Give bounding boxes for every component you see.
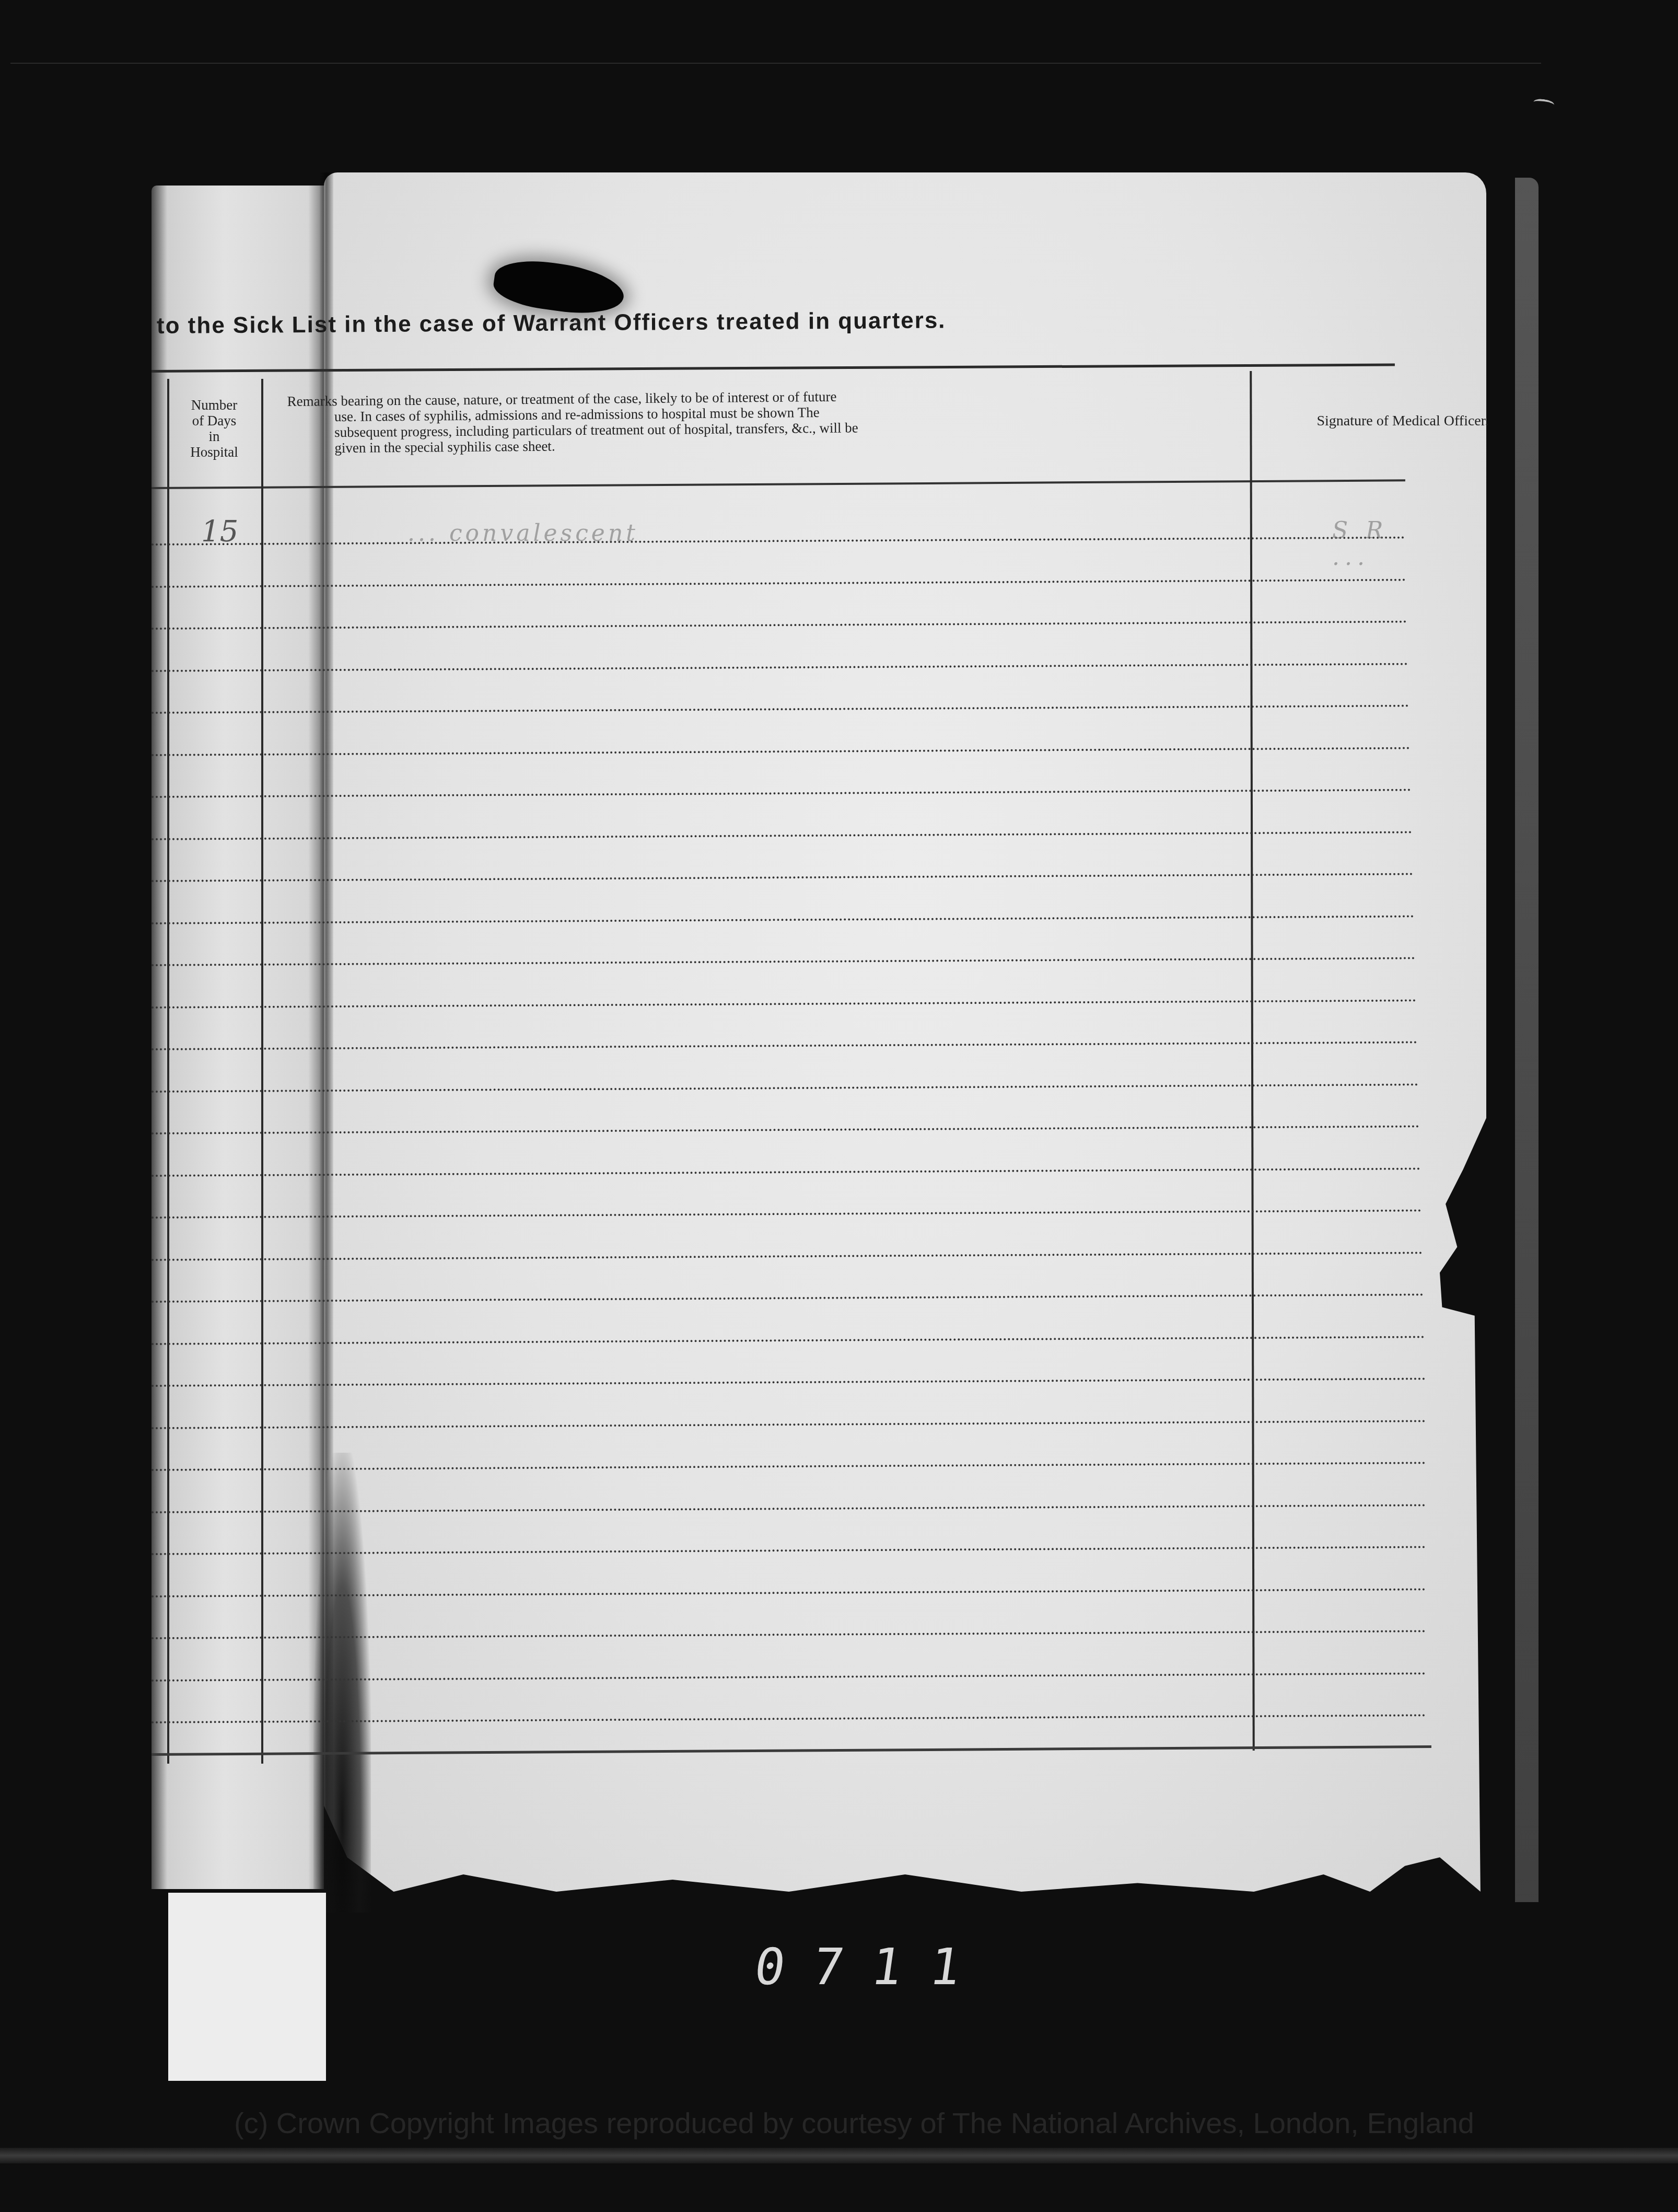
table-row	[152, 621, 1407, 630]
header-line: in	[175, 428, 253, 444]
column-header-remarks: Remarks bearing on the cause, nature, or…	[287, 385, 1233, 456]
table-row	[152, 999, 1417, 1009]
entry-signature: S R ...	[1332, 517, 1431, 571]
table-row	[152, 1125, 1420, 1134]
right-page-edge	[1515, 178, 1539, 1902]
table-top-rule	[152, 364, 1395, 373]
table-row	[152, 1504, 1426, 1513]
copyright-watermark: (c) Crown Copyright Images reproduced by…	[128, 2106, 1580, 2140]
table-row	[152, 1420, 1426, 1429]
table-row	[152, 537, 1405, 546]
calibration-target-card	[168, 1893, 326, 2081]
frame-number: 0711	[751, 1938, 993, 1996]
table-row	[152, 1714, 1426, 1723]
table-row	[152, 578, 1406, 587]
table-row	[152, 1083, 1419, 1093]
table-row	[152, 831, 1413, 840]
table-row	[152, 957, 1416, 966]
table-row	[152, 1588, 1426, 1597]
table-row	[152, 1252, 1423, 1261]
table-row	[152, 1209, 1422, 1219]
table-row	[152, 1462, 1426, 1471]
table-row	[152, 1167, 1421, 1177]
table-row	[152, 747, 1411, 756]
header-line: of Days	[175, 413, 253, 428]
header-bottom-rule	[152, 479, 1405, 489]
table-row	[152, 1377, 1426, 1387]
column-divider	[1250, 371, 1255, 1751]
table-row	[152, 1630, 1426, 1639]
column-header-signature: Signature of Medical Officer.	[1269, 413, 1536, 430]
header-line: Hospital	[175, 444, 253, 460]
table-row	[152, 1336, 1425, 1345]
table-bottom-rule	[152, 1745, 1431, 1756]
header-line: Number	[175, 397, 253, 413]
entry-days-in-hospital: 15	[201, 515, 238, 549]
table-row	[152, 705, 1409, 714]
table-row	[152, 789, 1412, 798]
table-row	[152, 915, 1415, 924]
film-edge	[0, 2148, 1678, 2163]
entry-remarks: ... convalescent	[407, 520, 638, 547]
sick-list-table: Number of Days in Hospital Remarks beari…	[152, 0, 1431, 1777]
table-row	[152, 663, 1408, 671]
table-row	[152, 1546, 1426, 1555]
table-row	[152, 1293, 1424, 1303]
document-viewer: to the Sick List in the case of Warrant …	[0, 0, 1678, 2212]
column-header-days-in-hospital: Number of Days in Hospital	[175, 397, 253, 460]
table-row	[152, 1041, 1418, 1050]
table-row	[152, 1672, 1426, 1682]
table-row	[152, 873, 1414, 882]
